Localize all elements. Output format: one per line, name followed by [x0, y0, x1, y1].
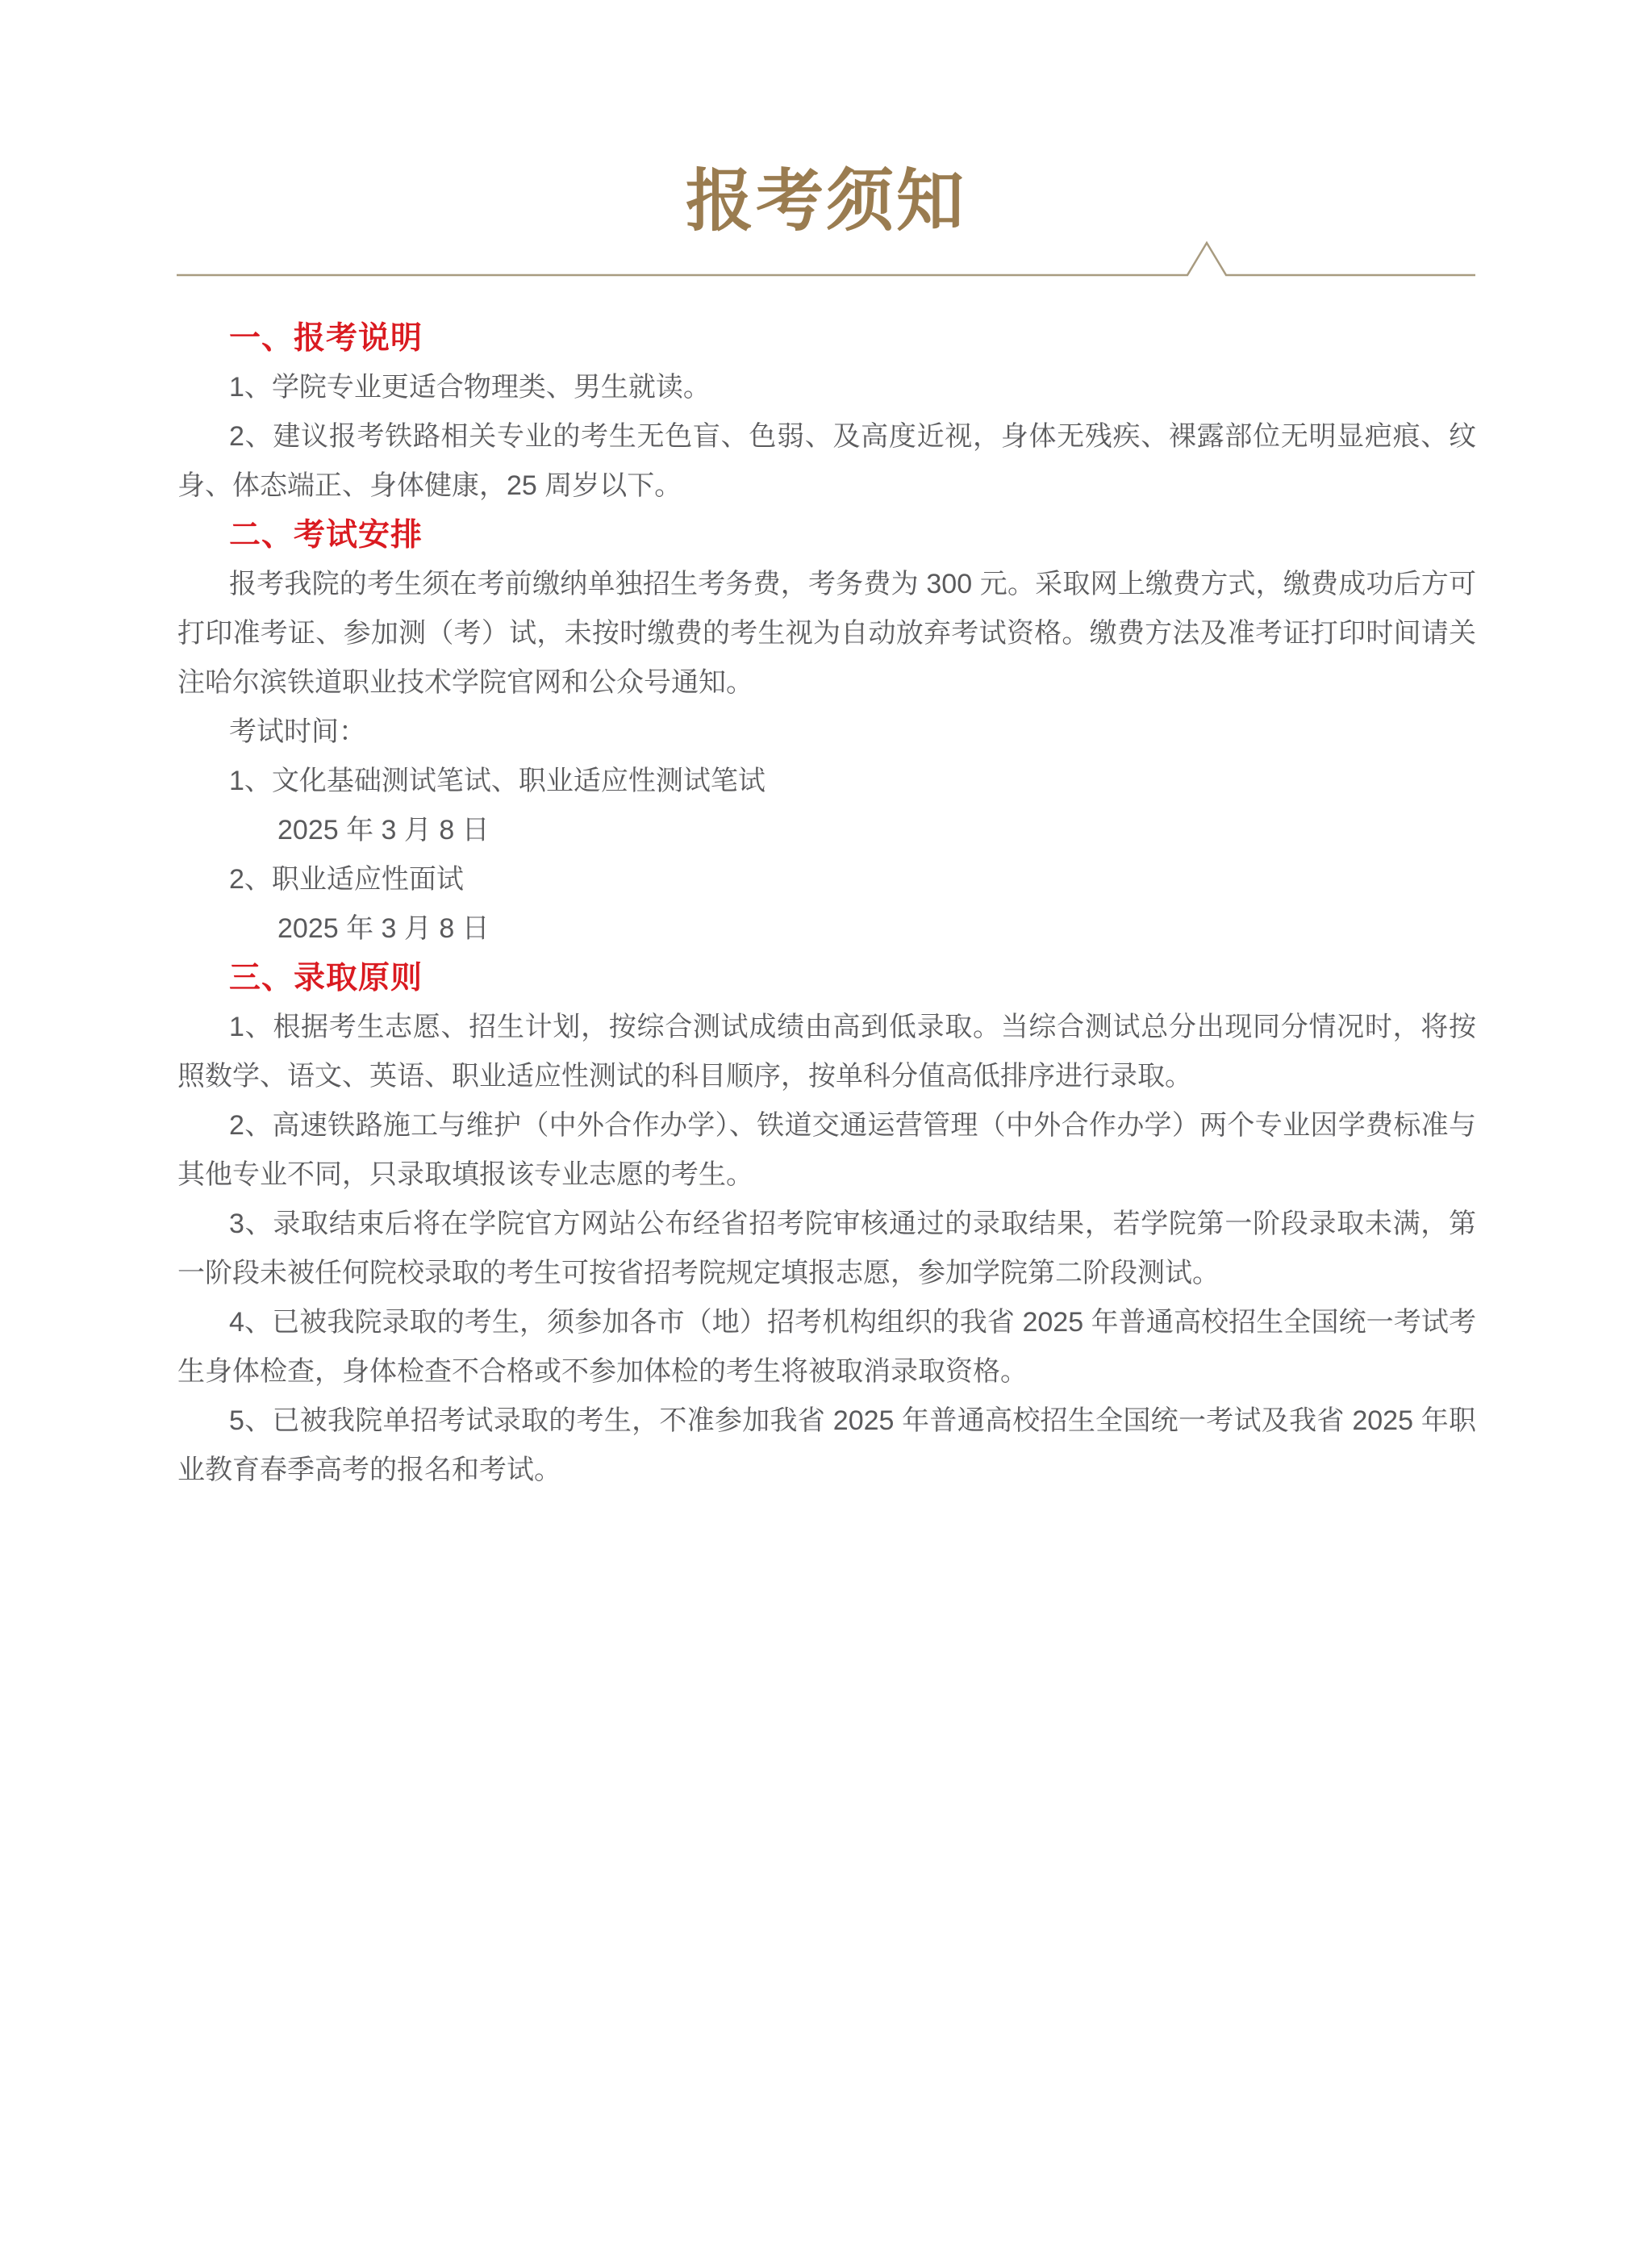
- exam-date-1: 2025 年 3 月 8 日: [177, 806, 1476, 855]
- application-item-2: 2、建议报考铁路相关专业的考生无色盲、色弱、及高度近视，身体无残疾、裸露部位无明…: [177, 412, 1476, 511]
- section-heading-exam: 二、考试安排: [177, 511, 1476, 560]
- notice-page: 报考须知 一、报考说明 1、学院专业更适合物理类、男生就读。 2、建议报考铁路相…: [0, 0, 1652, 2242]
- admission-item-3: 3、录取结束后将在学院官方网站公布经省招考院审核通过的录取结果，若学院第一阶段录…: [177, 1200, 1476, 1298]
- exam-time-label: 考试时间：: [177, 708, 1476, 757]
- page-title: 报考须知: [0, 165, 1652, 240]
- admission-item-2: 2、高速铁路施工与维护（中外合作办学）、铁道交通运营管理（中外合作办学）两个专业…: [177, 1101, 1476, 1200]
- admission-item-1: 1、根据考生志愿、招生计划，按综合测试成绩由高到低录取。当综合测试总分出现同分情…: [177, 1003, 1476, 1101]
- divider-line: [176, 240, 1476, 280]
- section-heading-admission: 三、录取原则: [177, 954, 1476, 1003]
- exam-date-2: 2025 年 3 月 8 日: [177, 904, 1476, 954]
- section-heading-application: 一、报考说明: [177, 314, 1476, 363]
- exam-fee-paragraph: 报考我院的考生须在考前缴纳单独招生考务费，考务费为 300 元。采取网上缴费方式…: [177, 560, 1476, 708]
- application-item-1: 1、学院专业更适合物理类、男生就读。: [177, 363, 1476, 412]
- admission-item-4: 4、已被我院录取的考生，须参加各市（地）招考机构组织的我省 2025 年普通高校…: [177, 1298, 1476, 1397]
- notice-body: 一、报考说明 1、学院专业更适合物理类、男生就读。 2、建议报考铁路相关专业的考…: [177, 314, 1476, 1495]
- admission-item-5: 5、已被我院单招考试录取的考生，不准参加我省 2025 年普通高校招生全国统一考…: [177, 1397, 1476, 1495]
- exam-item-2: 2、职业适应性面试: [177, 855, 1476, 904]
- exam-item-1: 1、文化基础测试笔试、职业适应性测试笔试: [177, 757, 1476, 806]
